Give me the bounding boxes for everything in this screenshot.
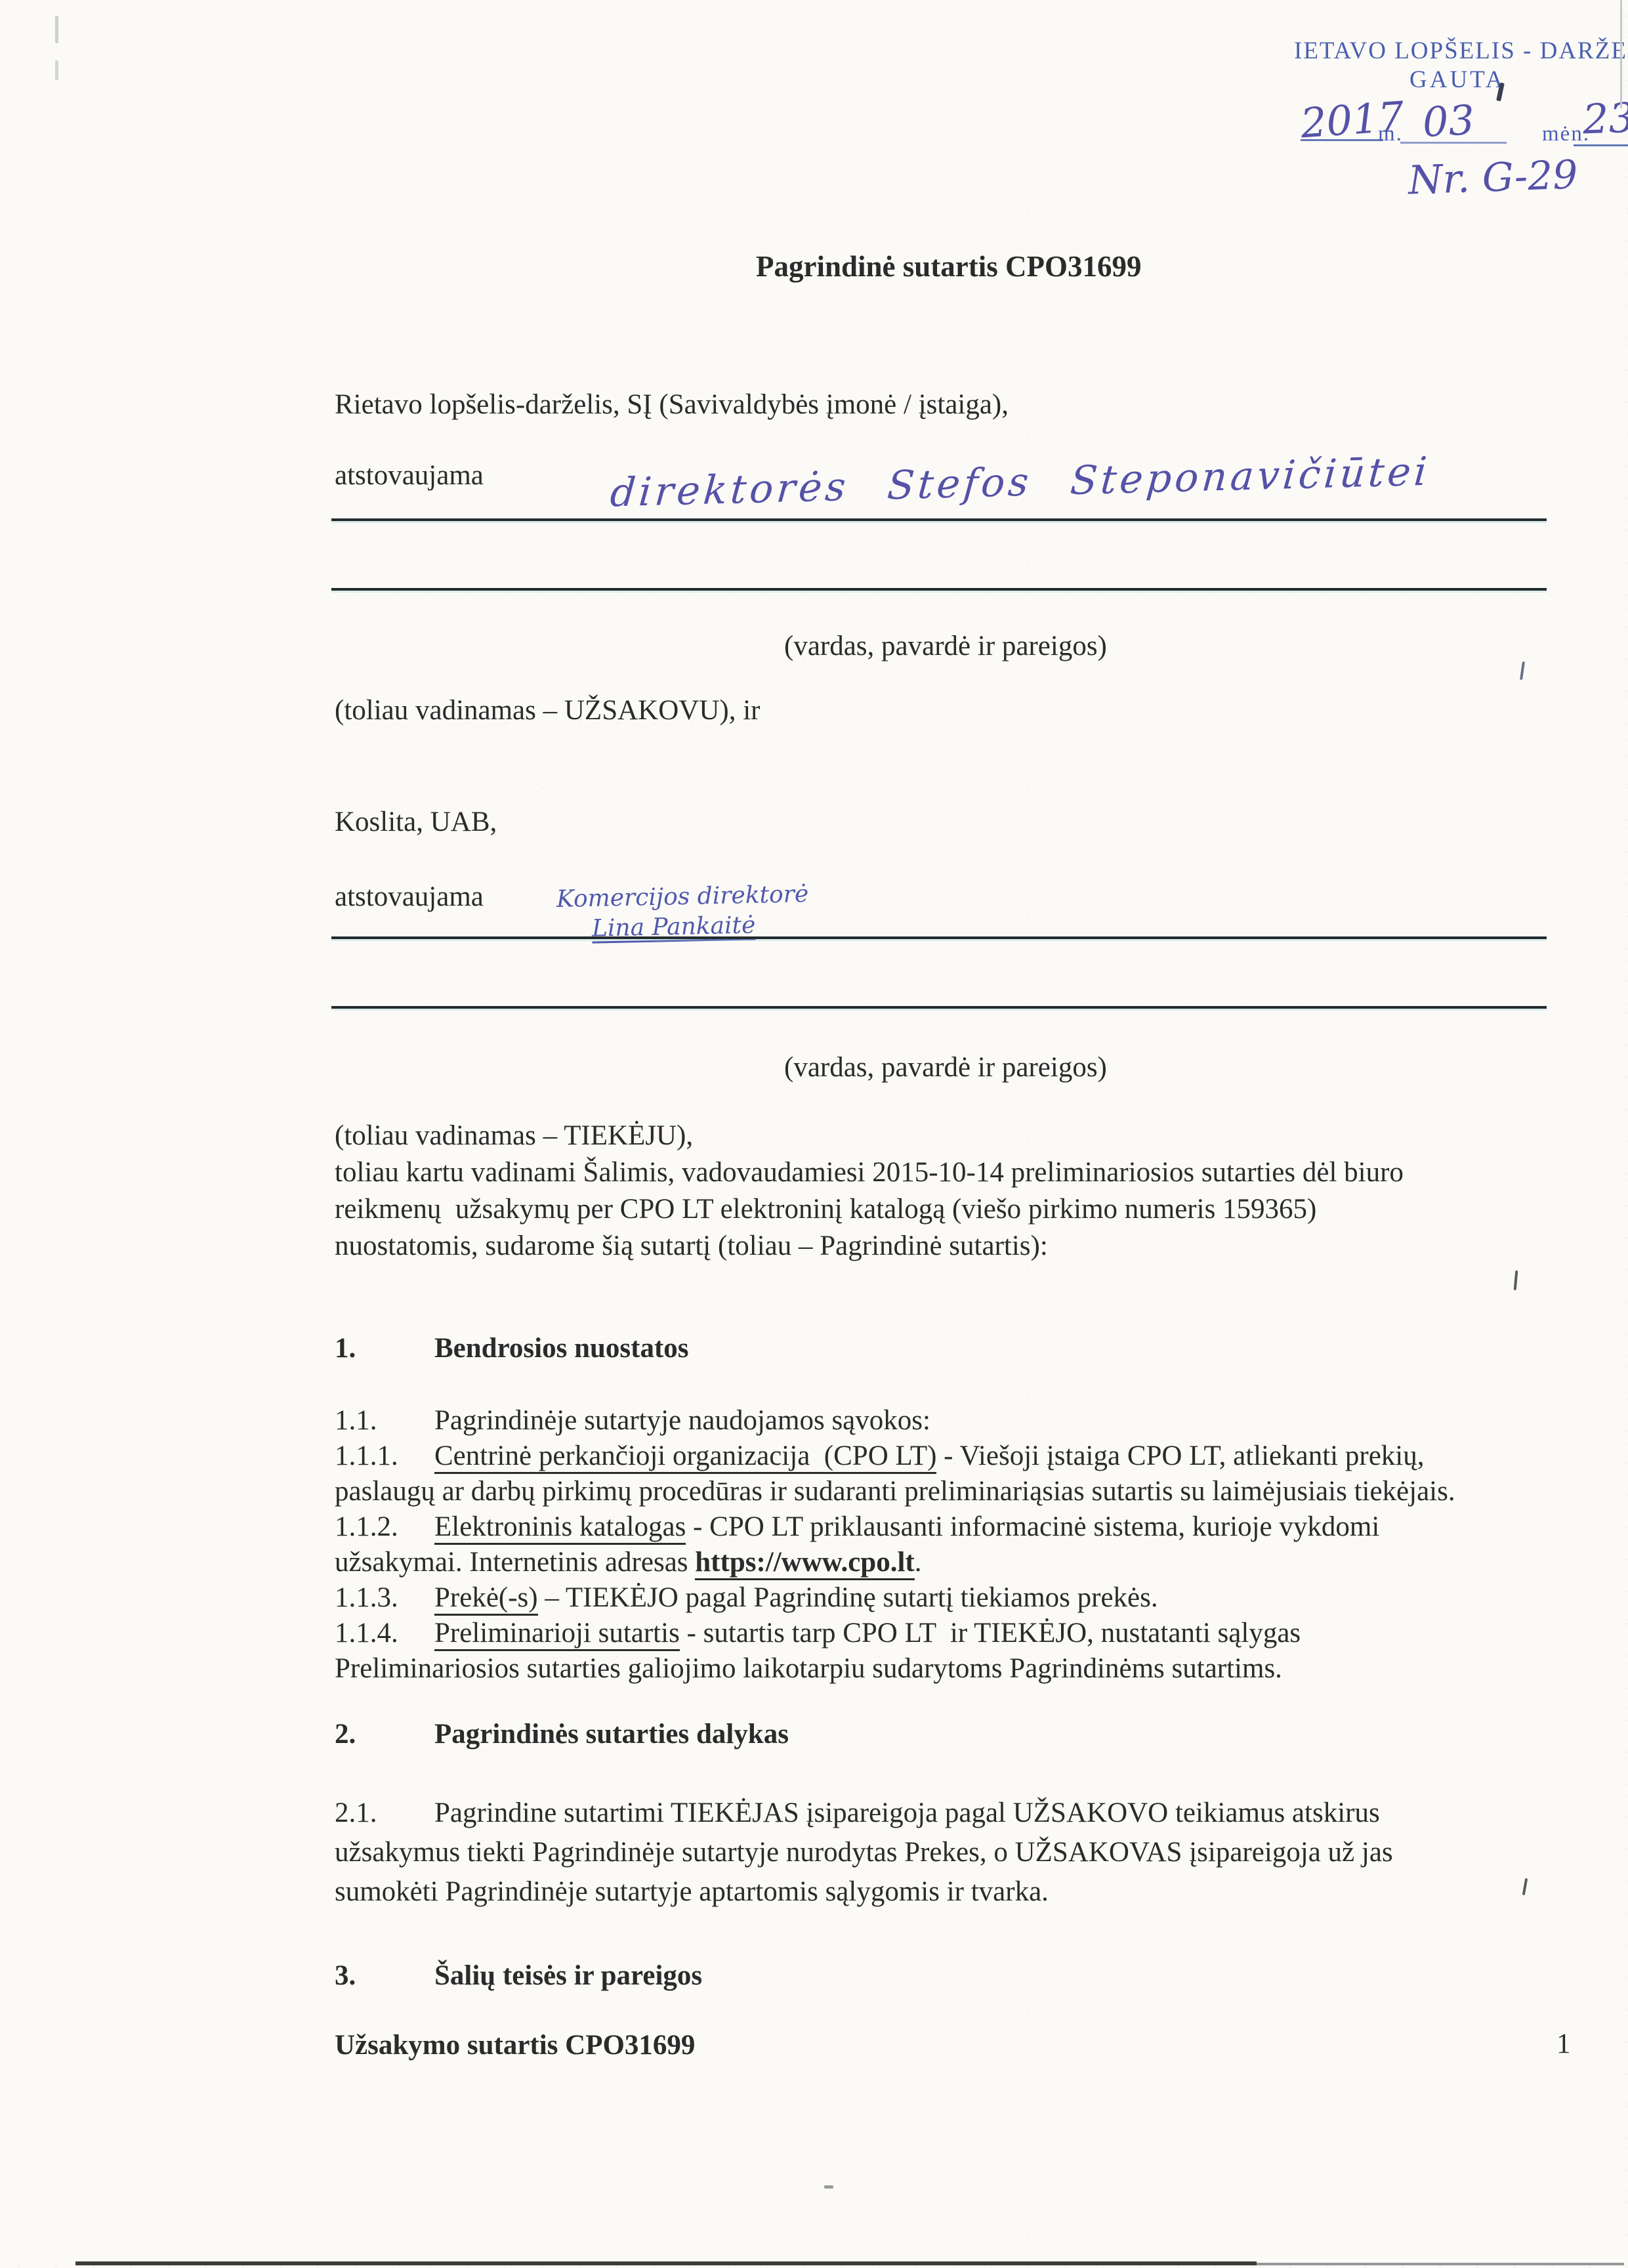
clause-1-1-3-number: 1.1.3.: [335, 1580, 434, 1616]
footer-page-number: 1: [1556, 2026, 1571, 2062]
supplier-represented-label: atstovaujama: [335, 879, 484, 915]
clause-1-1-1-number: 1.1.1.: [335, 1438, 434, 1474]
clause-2-1-text: Pagrindine sutartimi TIEKĖJAS įsipareigo…: [434, 1797, 1380, 1828]
scan-artifact-bottom-speck: [824, 2185, 833, 2189]
clause-2-1-number: 2.1.: [335, 1795, 434, 1831]
stamp-underline-month: [1400, 142, 1507, 144]
preamble-line-1: toliau kartu vadinami Šalimis, vadovauda…: [335, 1155, 1404, 1190]
section-2-heading-line: 2.Pagrindinės sutarties dalykas: [335, 1717, 789, 1752]
stamp-underline-year: [1301, 139, 1383, 141]
clause-1-1-4-number: 1.1.4.: [335, 1616, 434, 1651]
clause-1-1-1-line-1: 1.1.1.Centrinė perkančioji organizacija …: [335, 1438, 1424, 1474]
clause-1-1-2-text-pre: užsakymai. Internetinis adresas: [335, 1547, 695, 1578]
buyer-representative-signature: direktorės Stefos Steponavičiūtei: [608, 449, 1431, 516]
buyer-alias-line: (toliau vadinamas – UŽSAKOVU), ir: [335, 693, 760, 728]
clause-1-1-2-text-post: .: [915, 1547, 922, 1578]
clause-2-1-line-3: sumokėti Pagrindinėje sutartyje aptartom…: [335, 1874, 1049, 1910]
footer-doc-label: Užsakymo sutartis CPO31699: [335, 2028, 695, 2063]
clause-1-1-1-text: - Viešoji įstaiga CPO LT, atliekanti pre…: [936, 1440, 1424, 1471]
buyer-name-line: Rietavo lopšelis-darželis, SĮ (Savivaldy…: [335, 387, 1009, 423]
scan-artifact-margin-tick-2: [1514, 1270, 1518, 1290]
received-stamp-gauta-label: GAUTA: [1409, 66, 1506, 94]
clause-1-1-4-line-2: Preliminariosios sutarties galiojimo lai…: [335, 1651, 1282, 1687]
signature-rule-1: [331, 518, 1547, 521]
clause-1-1-2-number: 1.1.2.: [335, 1509, 434, 1545]
section-1-heading-line: 1.Bendrosios nuostatos: [335, 1331, 689, 1366]
section-3-number: 3.: [335, 1958, 434, 1994]
supplier-alias-line: (toliau vadinamas – TIEKĖJU),: [335, 1118, 693, 1154]
signature-rule-2: [331, 588, 1547, 591]
section-2-number: 2.: [335, 1717, 434, 1752]
received-stamp-month-handwritten: 03: [1421, 96, 1476, 146]
buyer-represented-label: atstovaujama: [335, 458, 484, 493]
clause-1-1-line: 1.1.Pagrindinėje sutartyje naudojamos są…: [335, 1403, 930, 1438]
clause-1-1-2-text: - CPO LT priklausanti informacinė sistem…: [686, 1511, 1379, 1542]
clause-2-1-line-2: užsakymus tiekti Pagrindinėje sutartyje …: [335, 1835, 1393, 1870]
clause-1-1-2-line-2: užsakymai. Internetinis adresas https://…: [335, 1545, 921, 1580]
supplier-stamp-role: Komercijos direktorė: [556, 881, 809, 913]
clause-1-1-1-line-2: paslaugų ar darbų pirkimų procedūras ir …: [335, 1474, 1455, 1509]
buyer-caption: (vardas, pavardė ir pareigos): [784, 630, 1107, 662]
signature-rule-3: [331, 936, 1547, 939]
scan-artifact-left-mark-1: [55, 16, 58, 43]
clause-1-1-4-term: Preliminarioji sutartis: [434, 1618, 680, 1651]
received-stamp-org-line: IETAVO LOPŠELIS - DARŽEI: [1294, 37, 1628, 65]
scan-artifact-right-crease: [1620, 0, 1622, 108]
cpo-url-text: https://www.cpo.lt: [695, 1547, 914, 1580]
clause-1-1-3-line: 1.1.3.Prekė(-s) – TIEKĖJO pagal Pagrindi…: [335, 1580, 1158, 1616]
stamp-underline-day: [1574, 144, 1628, 146]
clause-1-1-1-term: Centrinė perkančioji organizacija (CPO L…: [434, 1440, 936, 1474]
supplier-name-line: Koslita, UAB,: [335, 805, 497, 840]
clause-1-1-2-line-1: 1.1.2.Elektroninis katalogas - CPO LT pr…: [335, 1509, 1379, 1545]
clause-1-1-4-line-1: 1.1.4.Preliminarioji sutartis - sutartis…: [335, 1616, 1301, 1651]
clause-1-1-4-text: - sutartis tarp CPO LT ir TIEKĖJO, nusta…: [680, 1618, 1301, 1648]
document-page: IETAVO LOPŠELIS - DARŽEI GAUTA 2017 m. 0…: [0, 0, 1628, 2268]
received-stamp-year-label: m.: [1378, 122, 1403, 146]
supplier-caption: (vardas, pavardė ir pareigos): [784, 1051, 1107, 1083]
section-1-number: 1.: [335, 1331, 434, 1366]
clause-1-1-text: Pagrindinėje sutartyje naudojamos sąvoko…: [434, 1405, 930, 1436]
scan-artifact-margin-tick-3: [1522, 1878, 1528, 1895]
scan-artifact-bottom-edge-light: [1257, 2263, 1624, 2265]
clause-1-1-number: 1.1.: [335, 1403, 434, 1438]
scan-artifact-bottom-edge-dark: [75, 2261, 1257, 2265]
preamble-line-3: nuostatomis, sudarome šią sutartį (tolia…: [335, 1228, 1048, 1264]
section-3-heading-line: 3.Šalių teisės ir pareigos: [335, 1958, 702, 1994]
clause-1-1-2-term: Elektroninis katalogas: [434, 1511, 686, 1545]
received-stamp-reg-no-handwritten: Nr. G-29: [1408, 152, 1579, 204]
clause-2-1-line-1: 2.1.Pagrindine sutartimi TIEKĖJAS įsipar…: [335, 1795, 1380, 1831]
preamble-line-2: reikmenų užsakymų per CPO LT elektroninį…: [335, 1192, 1316, 1227]
clause-1-1-3-text: – TIEKĖJO pagal Pagrindinę sutartį tieki…: [538, 1582, 1158, 1613]
section-1-heading: Bendrosios nuostatos: [434, 1333, 689, 1364]
scan-artifact-margin-tick-1: [1520, 661, 1525, 680]
section-3-heading: Šalių teisės ir pareigos: [434, 1960, 702, 1991]
scan-artifact-left-mark-2: [55, 60, 58, 80]
document-title: Pagrindinė sutartis CPO31699: [756, 248, 1142, 285]
section-2-heading: Pagrindinės sutarties dalykas: [434, 1719, 789, 1750]
clause-1-1-3-term: Prekė(-s): [434, 1582, 538, 1616]
signature-rule-4: [331, 1006, 1547, 1009]
